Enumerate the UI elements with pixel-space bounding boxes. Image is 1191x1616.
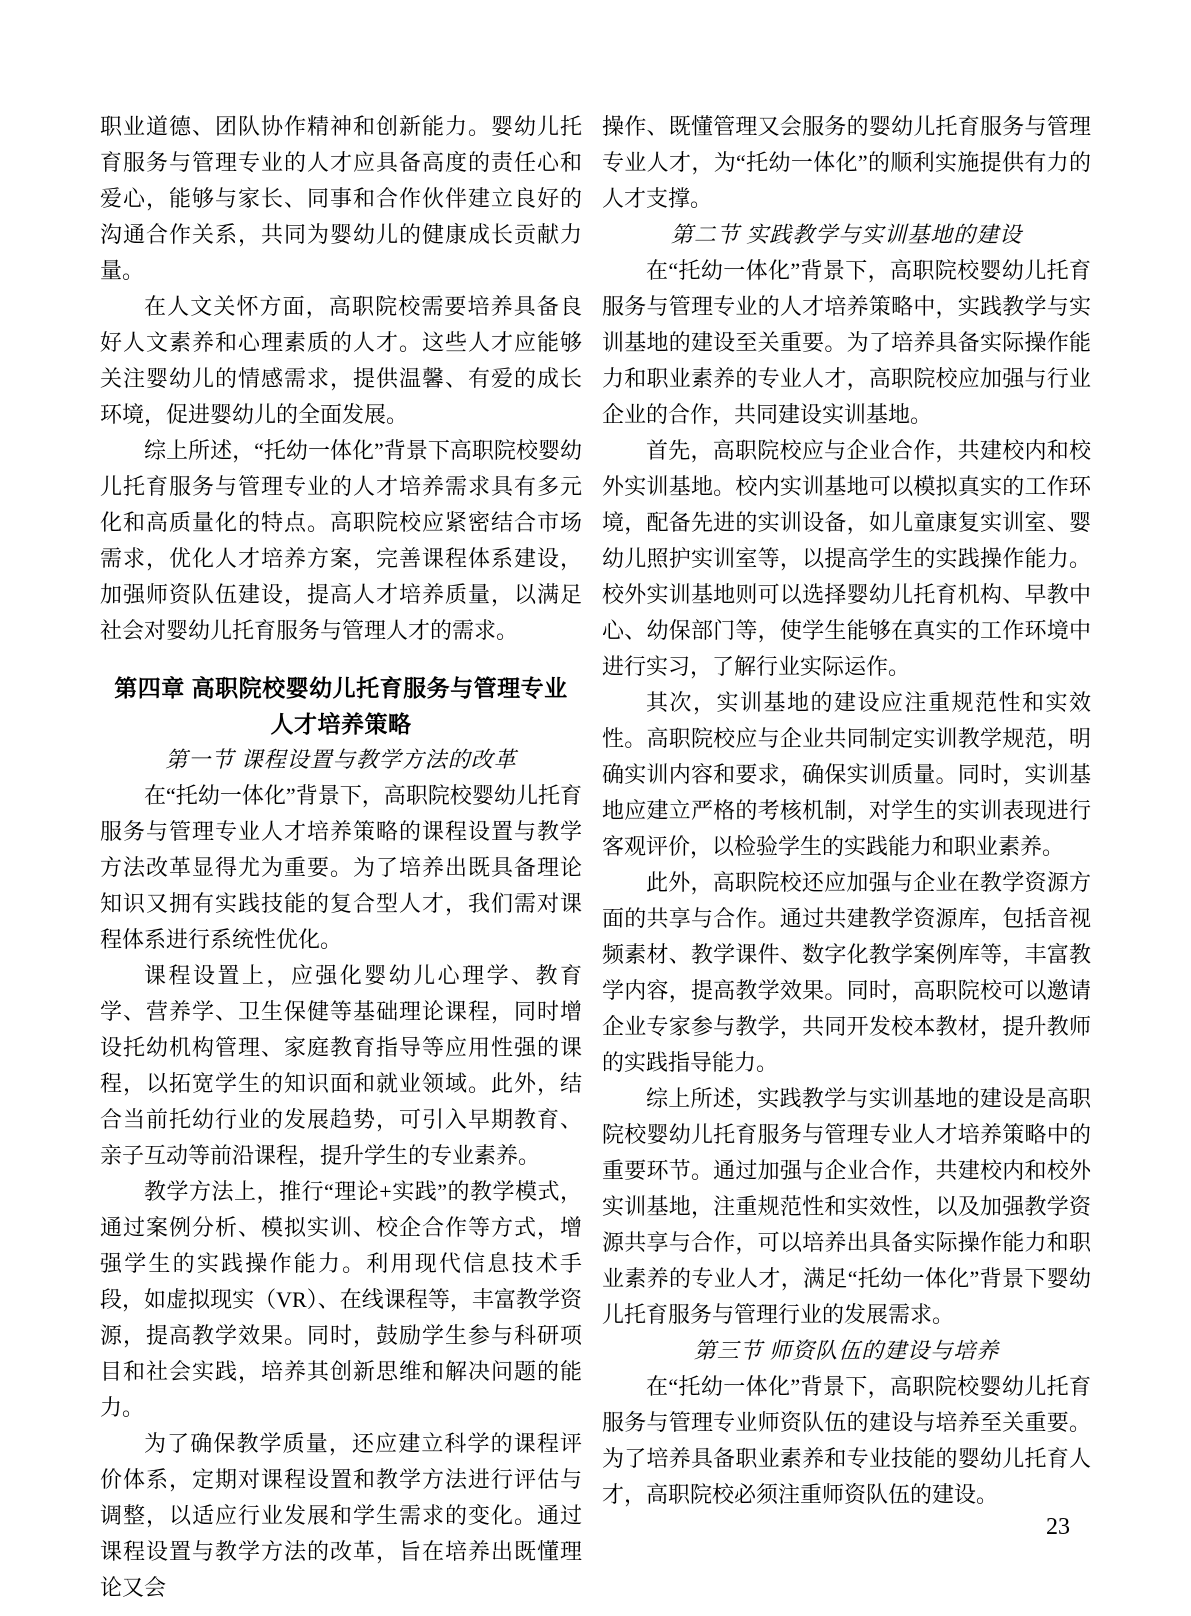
- chapter-heading: 第四章 高职院校婴幼儿托育服务与管理专业 人才培养策略: [100, 670, 582, 742]
- paragraph: 操作、既懂管理又会服务的婴幼儿托育服务与管理专业人才，为“托幼一体化”的顺利实施…: [602, 109, 1091, 217]
- chapter-heading-line-2: 人才培养策略: [100, 706, 582, 742]
- section-heading-2: 第二节 实践教学与实训基地的建设: [602, 217, 1091, 253]
- paragraph: 职业道德、团队协作精神和创新能力。婴幼儿托育服务与管理专业的人才应具备高度的责任…: [100, 109, 582, 289]
- section-heading-1: 第一节 课程设置与教学方法的改革: [100, 742, 582, 778]
- chapter-heading-line-1: 第四章 高职院校婴幼儿托育服务与管理专业: [100, 670, 582, 706]
- paragraph: 在“托幼一体化”背景下，高职院校婴幼儿托育服务与管理专业人才培养策略的课程设置与…: [100, 778, 582, 958]
- right-column: 操作、既懂管理又会服务的婴幼儿托育服务与管理专业人才，为“托幼一体化”的顺利实施…: [602, 109, 1091, 1513]
- left-column: 职业道德、团队协作精神和创新能力。婴幼儿托育服务与管理专业的人才应具备高度的责任…: [100, 109, 582, 1606]
- paragraph: 为了确保教学质量，还应建立科学的课程评价体系，定期对课程设置和教学方法进行评估与…: [100, 1426, 582, 1606]
- paragraph: 此外，高职院校还应加强与企业在教学资源方面的共享与合作。通过共建教学资源库，包括…: [602, 865, 1091, 1081]
- paragraph: 在“托幼一体化”背景下，高职院校婴幼儿托育服务与管理专业师资队伍的建设与培养至关…: [602, 1369, 1091, 1513]
- page-number: 23: [1046, 1512, 1070, 1542]
- paragraph: 首先，高职院校应与企业合作，共建校内和校外实训基地。校内实训基地可以模拟真实的工…: [602, 433, 1091, 685]
- paragraph: 综上所述，实践教学与实训基地的建设是高职院校婴幼儿托育服务与管理专业人才培养策略…: [602, 1081, 1091, 1333]
- paragraph: 在人文关怀方面，高职院校需要培养具备良好人文素养和心理素质的人才。这些人才应能够…: [100, 289, 582, 433]
- section-heading-3: 第三节 师资队伍的建设与培养: [602, 1333, 1091, 1369]
- paragraph: 在“托幼一体化”背景下，高职院校婴幼儿托育服务与管理专业的人才培养策略中，实践教…: [602, 253, 1091, 433]
- paragraph: 综上所述，“托幼一体化”背景下高职院校婴幼儿托育服务与管理专业的人才培养需求具有…: [100, 433, 582, 649]
- paragraph: 其次，实训基地的建设应注重规范性和实效性。高职院校应与企业共同制定实训教学规范，…: [602, 685, 1091, 865]
- paragraph: 教学方法上，推行“理论+实践”的教学模式，通过案例分析、模拟实训、校企合作等方式…: [100, 1174, 582, 1426]
- document-page: 职业道德、团队协作精神和创新能力。婴幼儿托育服务与管理专业的人才应具备高度的责任…: [0, 0, 1191, 1616]
- paragraph: 课程设置上，应强化婴幼儿心理学、教育学、营养学、卫生保健等基础理论课程，同时增设…: [100, 958, 582, 1174]
